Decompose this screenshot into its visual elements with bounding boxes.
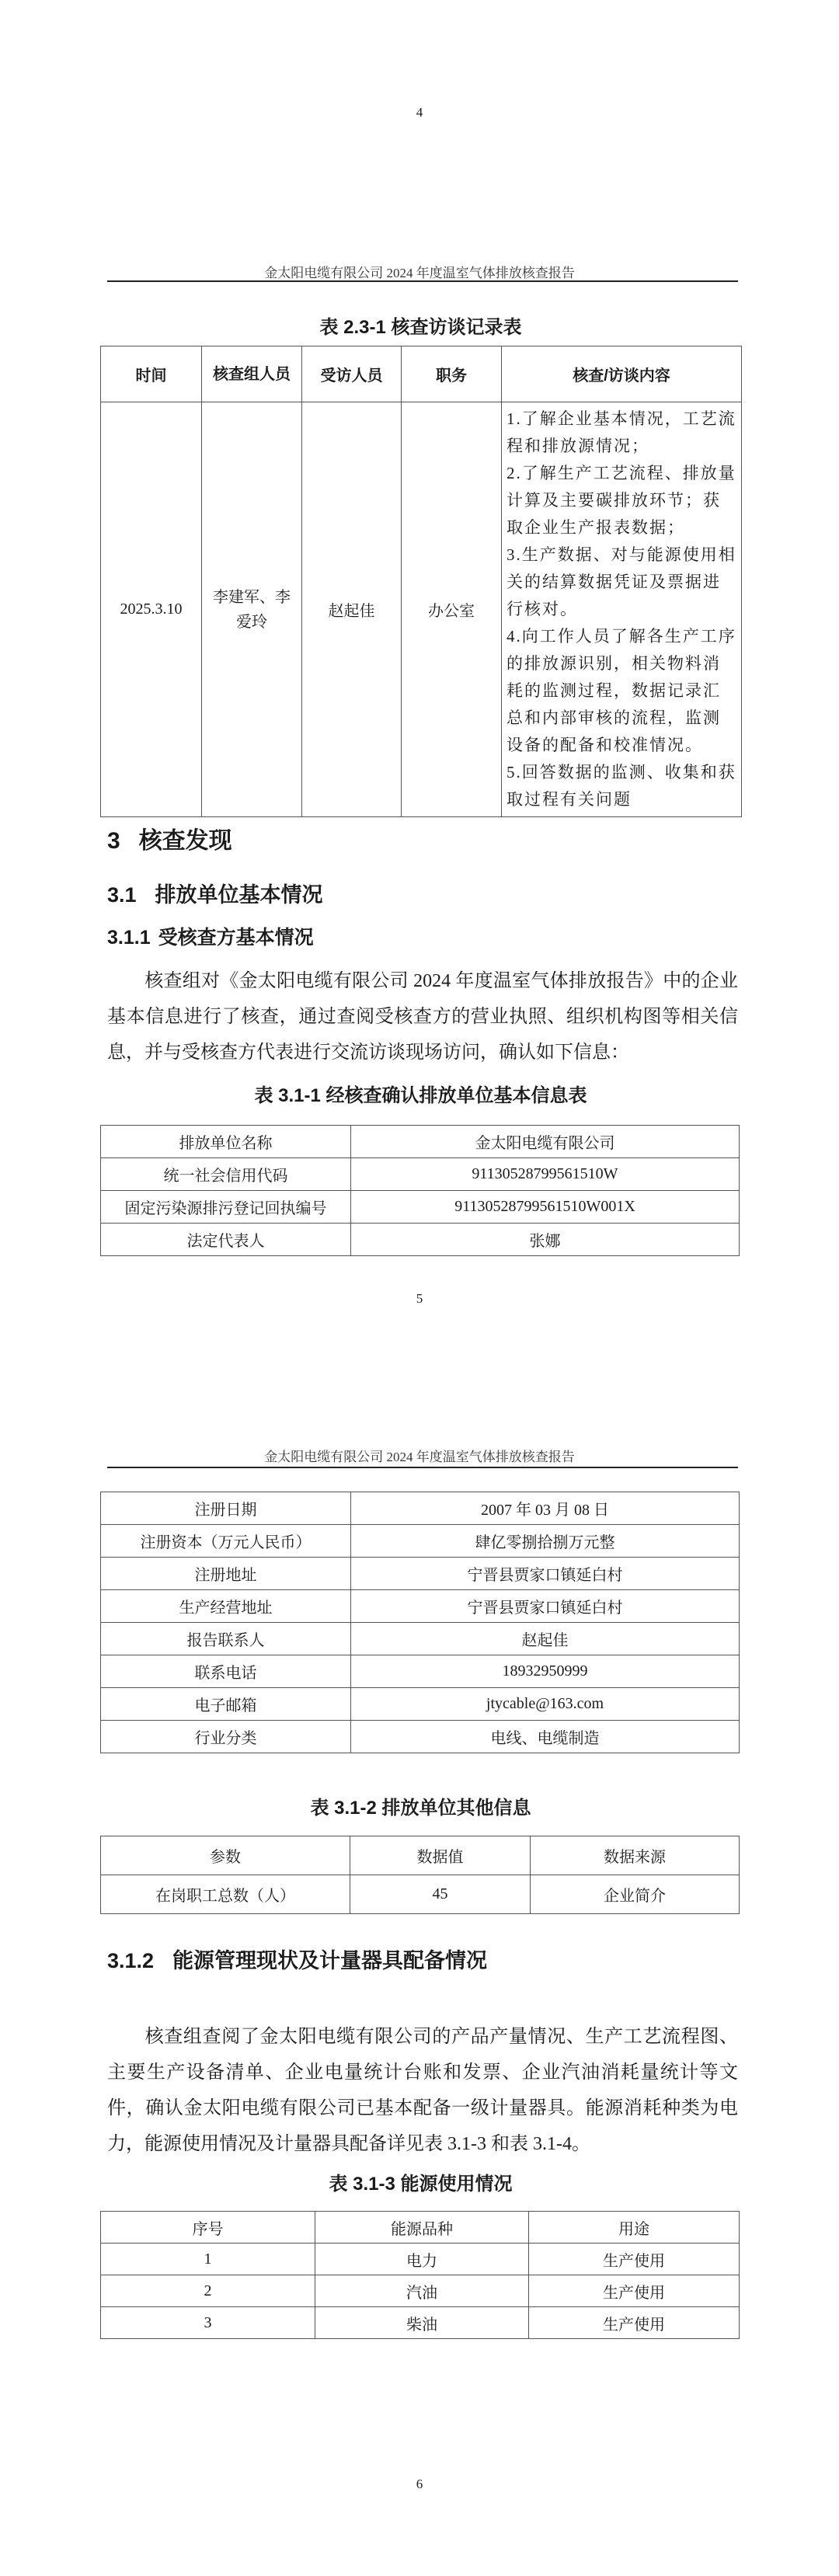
basic-info-table-continued: 注册日期 2007 年 03 月 08 日 注册资本（万元人民币） 肆亿零捌拾捌… (100, 1492, 740, 1753)
cell-param: 在岗职工总数（人） (101, 1875, 350, 1914)
section-title: 核查发现 (139, 828, 232, 854)
cell-value: 电线、电缆制造 (351, 1721, 740, 1753)
table-header-row: 序号 能源品种 用途 (101, 2212, 740, 2244)
header-rule (107, 280, 738, 282)
header-param: 参数 (101, 1836, 350, 1875)
table-title-3-1-3: 表 3.1-3 能源使用情况 (100, 2174, 741, 2195)
table-row: 电子邮箱 jtycable@163.com (101, 1688, 740, 1721)
cell-value: 91130528799561510W (351, 1158, 740, 1191)
table-row: 注册日期 2007 年 03 月 08 日 (101, 1492, 740, 1525)
content-item: 4.向工作人员了解各生产工序的排放源识别，相关物料消耗的监测过程，数据记录汇总和… (507, 623, 736, 759)
table-row: 2025.3.10 李建军、李爱玲 赵起佳 办公室 1.了解企业基本情况，工艺流… (101, 402, 742, 817)
other-info-table: 参数 数据值 数据来源 在岗职工总数（人） 45 企业简介 (100, 1836, 740, 1914)
table-title-3-1-2: 表 3.1-2 排放单位其他信息 (100, 1798, 741, 1819)
header-time: 时间 (101, 346, 202, 402)
section-title: 受核查方基本情况 (158, 927, 314, 949)
section-number: 3 (107, 828, 120, 855)
header-use: 用途 (529, 2212, 740, 2244)
cell-time: 2025.3.10 (101, 402, 202, 817)
table-row: 1 电力 生产使用 (101, 2244, 740, 2275)
cell-energy: 电力 (315, 2244, 529, 2275)
content-item: 5.回答数据的监测、收集和获取过程有关问题 (507, 759, 736, 813)
table-row: 3 柴油 生产使用 (101, 2307, 740, 2339)
cell-label: 统一社会信用代码 (101, 1158, 351, 1191)
cell-value: 91130528799561510W001X (351, 1191, 740, 1224)
cell-label: 生产经营地址 (101, 1590, 351, 1623)
cell-value: 45 (350, 1875, 531, 1914)
paragraph-text: 核查组查阅了金太阳电缆有限公司的产品产量情况、生产工艺流程图、主要生产设备清单、… (107, 2027, 738, 2154)
section-heading-3-1: 3.1排放单位基本情况 (107, 882, 323, 907)
section-number: 3.1 (107, 882, 137, 907)
section-number: 3.1.1 (107, 926, 151, 949)
cell-value: 宁晋县贾家口镇延白村 (351, 1590, 740, 1623)
paragraph-text: 核查组对《金太阳电缆有限公司 2024 年度温室气体排放报告》中的企业基本信息进… (107, 971, 738, 1063)
cell-value: 18932950999 (351, 1655, 740, 1688)
cell-label: 法定代表人 (101, 1224, 351, 1256)
cell-label: 固定污染源排污登记回执编号 (101, 1191, 351, 1224)
header-interviewee: 受访人员 (302, 346, 402, 402)
body-paragraph: 核查组对《金太阳电缆有限公司 2024 年度温室气体排放报告》中的企业基本信息进… (107, 963, 738, 1070)
cell-label: 报告联系人 (101, 1623, 351, 1655)
table-row: 注册地址 宁晋县贾家口镇延白村 (101, 1558, 740, 1590)
cell-auditors: 李建军、李爱玲 (202, 402, 302, 817)
content-item: 3.生产数据、对与能源使用相关的结算数据凭证及票据进行核对。 (507, 541, 736, 623)
cell-value: 张娜 (351, 1224, 740, 1256)
header-energy: 能源品种 (315, 2212, 529, 2244)
table-title-2-3-1: 表 2.3-1 核查访谈记录表 (100, 317, 741, 339)
cell-value: 2007 年 03 月 08 日 (351, 1492, 740, 1525)
cell-label: 注册地址 (101, 1558, 351, 1590)
cell-label: 排放单位名称 (101, 1126, 351, 1158)
section-number: 3.1.2 (107, 1948, 154, 1973)
header-no: 序号 (101, 2212, 315, 2244)
cell-value: 金太阳电缆有限公司 (351, 1126, 740, 1158)
table-row: 行业分类 电线、电缆制造 (101, 1721, 740, 1753)
cell-no: 3 (101, 2307, 315, 2339)
page-number: 4 (0, 105, 839, 120)
table-row: 报告联系人 赵起佳 (101, 1623, 740, 1655)
header-auditors: 核查组人员 (202, 346, 302, 402)
cell-label: 电子邮箱 (101, 1688, 351, 1721)
section-heading-3-1-2: 3.1.2能源管理现状及计量器具配备情况 (107, 1948, 487, 1973)
header-content: 核查/访谈内容 (502, 346, 742, 402)
cell-label: 注册资本（万元人民币） (101, 1525, 351, 1558)
basic-info-table: 排放单位名称 金太阳电缆有限公司 统一社会信用代码 91130528799561… (100, 1125, 740, 1256)
header-source: 数据来源 (531, 1836, 740, 1875)
cell-label: 注册日期 (101, 1492, 351, 1525)
cell-interviewee: 赵起佳 (302, 402, 402, 817)
body-paragraph: 核查组查阅了金太阳电缆有限公司的产品产量情况、生产工艺流程图、主要生产设备清单、… (107, 2019, 738, 2162)
table-row: 2 汽油 生产使用 (101, 2275, 740, 2307)
cell-no: 2 (101, 2275, 315, 2307)
running-header: 金太阳电缆有限公司 2024 年度温室气体排放核查报告 (101, 1450, 738, 1465)
cell-content: 1.了解企业基本情况，工艺流程和排放源情况； 2.了解生产工艺流程、排放量计算及… (502, 402, 742, 817)
section-title: 能源管理现状及计量器具配备情况 (172, 1949, 487, 1972)
content-item: 1.了解企业基本情况，工艺流程和排放源情况； (507, 406, 736, 460)
section-heading-3: 3核查发现 (107, 828, 232, 855)
table-row: 排放单位名称 金太阳电缆有限公司 (101, 1126, 740, 1158)
table-title-3-1-1: 表 3.1-1 经核查确认排放单位基本信息表 (100, 1085, 741, 1107)
page-number: 6 (0, 2477, 839, 2492)
section-title: 排放单位基本情况 (155, 883, 323, 907)
table-row: 法定代表人 张娜 (101, 1224, 740, 1256)
running-header: 金太阳电缆有限公司 2024 年度温室气体排放核查报告 (101, 266, 738, 281)
table-row: 固定污染源排污登记回执编号 91130528799561510W001X (101, 1191, 740, 1224)
table-row: 生产经营地址 宁晋县贾家口镇延白村 (101, 1590, 740, 1623)
cell-use: 生产使用 (529, 2275, 740, 2307)
cell-value: 赵起佳 (351, 1623, 740, 1655)
cell-label: 行业分类 (101, 1721, 351, 1753)
cell-use: 生产使用 (529, 2244, 740, 2275)
table-header-row: 参数 数据值 数据来源 (101, 1836, 740, 1875)
cell-value: 肆亿零捌拾捌万元整 (351, 1525, 740, 1558)
cell-value: 宁晋县贾家口镇延白村 (351, 1558, 740, 1590)
section-heading-3-1-1: 3.1.1受核查方基本情况 (107, 926, 314, 949)
header-value: 数据值 (350, 1836, 531, 1875)
cell-position: 办公室 (402, 402, 502, 817)
header-rule (107, 1467, 738, 1468)
table-row: 在岗职工总数（人） 45 企业简介 (101, 1875, 740, 1914)
energy-use-table: 序号 能源品种 用途 1 电力 生产使用 2 汽油 生产使用 3 柴油 生产使用 (100, 2211, 740, 2339)
cell-energy: 汽油 (315, 2275, 529, 2307)
cell-value: jtycable@163.com (351, 1688, 740, 1721)
page-number: 5 (0, 1291, 839, 1307)
header-position: 职务 (402, 346, 502, 402)
interview-record-table: 时间 核查组人员 受访人员 职务 核查/访谈内容 2025.3.10 李建军、李… (100, 346, 742, 817)
table-row: 统一社会信用代码 91130528799561510W (101, 1158, 740, 1191)
cell-energy: 柴油 (315, 2307, 529, 2339)
cell-no: 1 (101, 2244, 315, 2275)
table-row: 注册资本（万元人民币） 肆亿零捌拾捌万元整 (101, 1525, 740, 1558)
cell-source: 企业简介 (531, 1875, 740, 1914)
table-row: 联系电话 18932950999 (101, 1655, 740, 1688)
content-item: 2.了解生产工艺流程、排放量计算及主要碳排放环节；获取企业生产报表数据； (507, 460, 736, 541)
table-header-row: 时间 核查组人员 受访人员 职务 核查/访谈内容 (101, 346, 742, 402)
cell-use: 生产使用 (529, 2307, 740, 2339)
cell-label: 联系电话 (101, 1655, 351, 1688)
